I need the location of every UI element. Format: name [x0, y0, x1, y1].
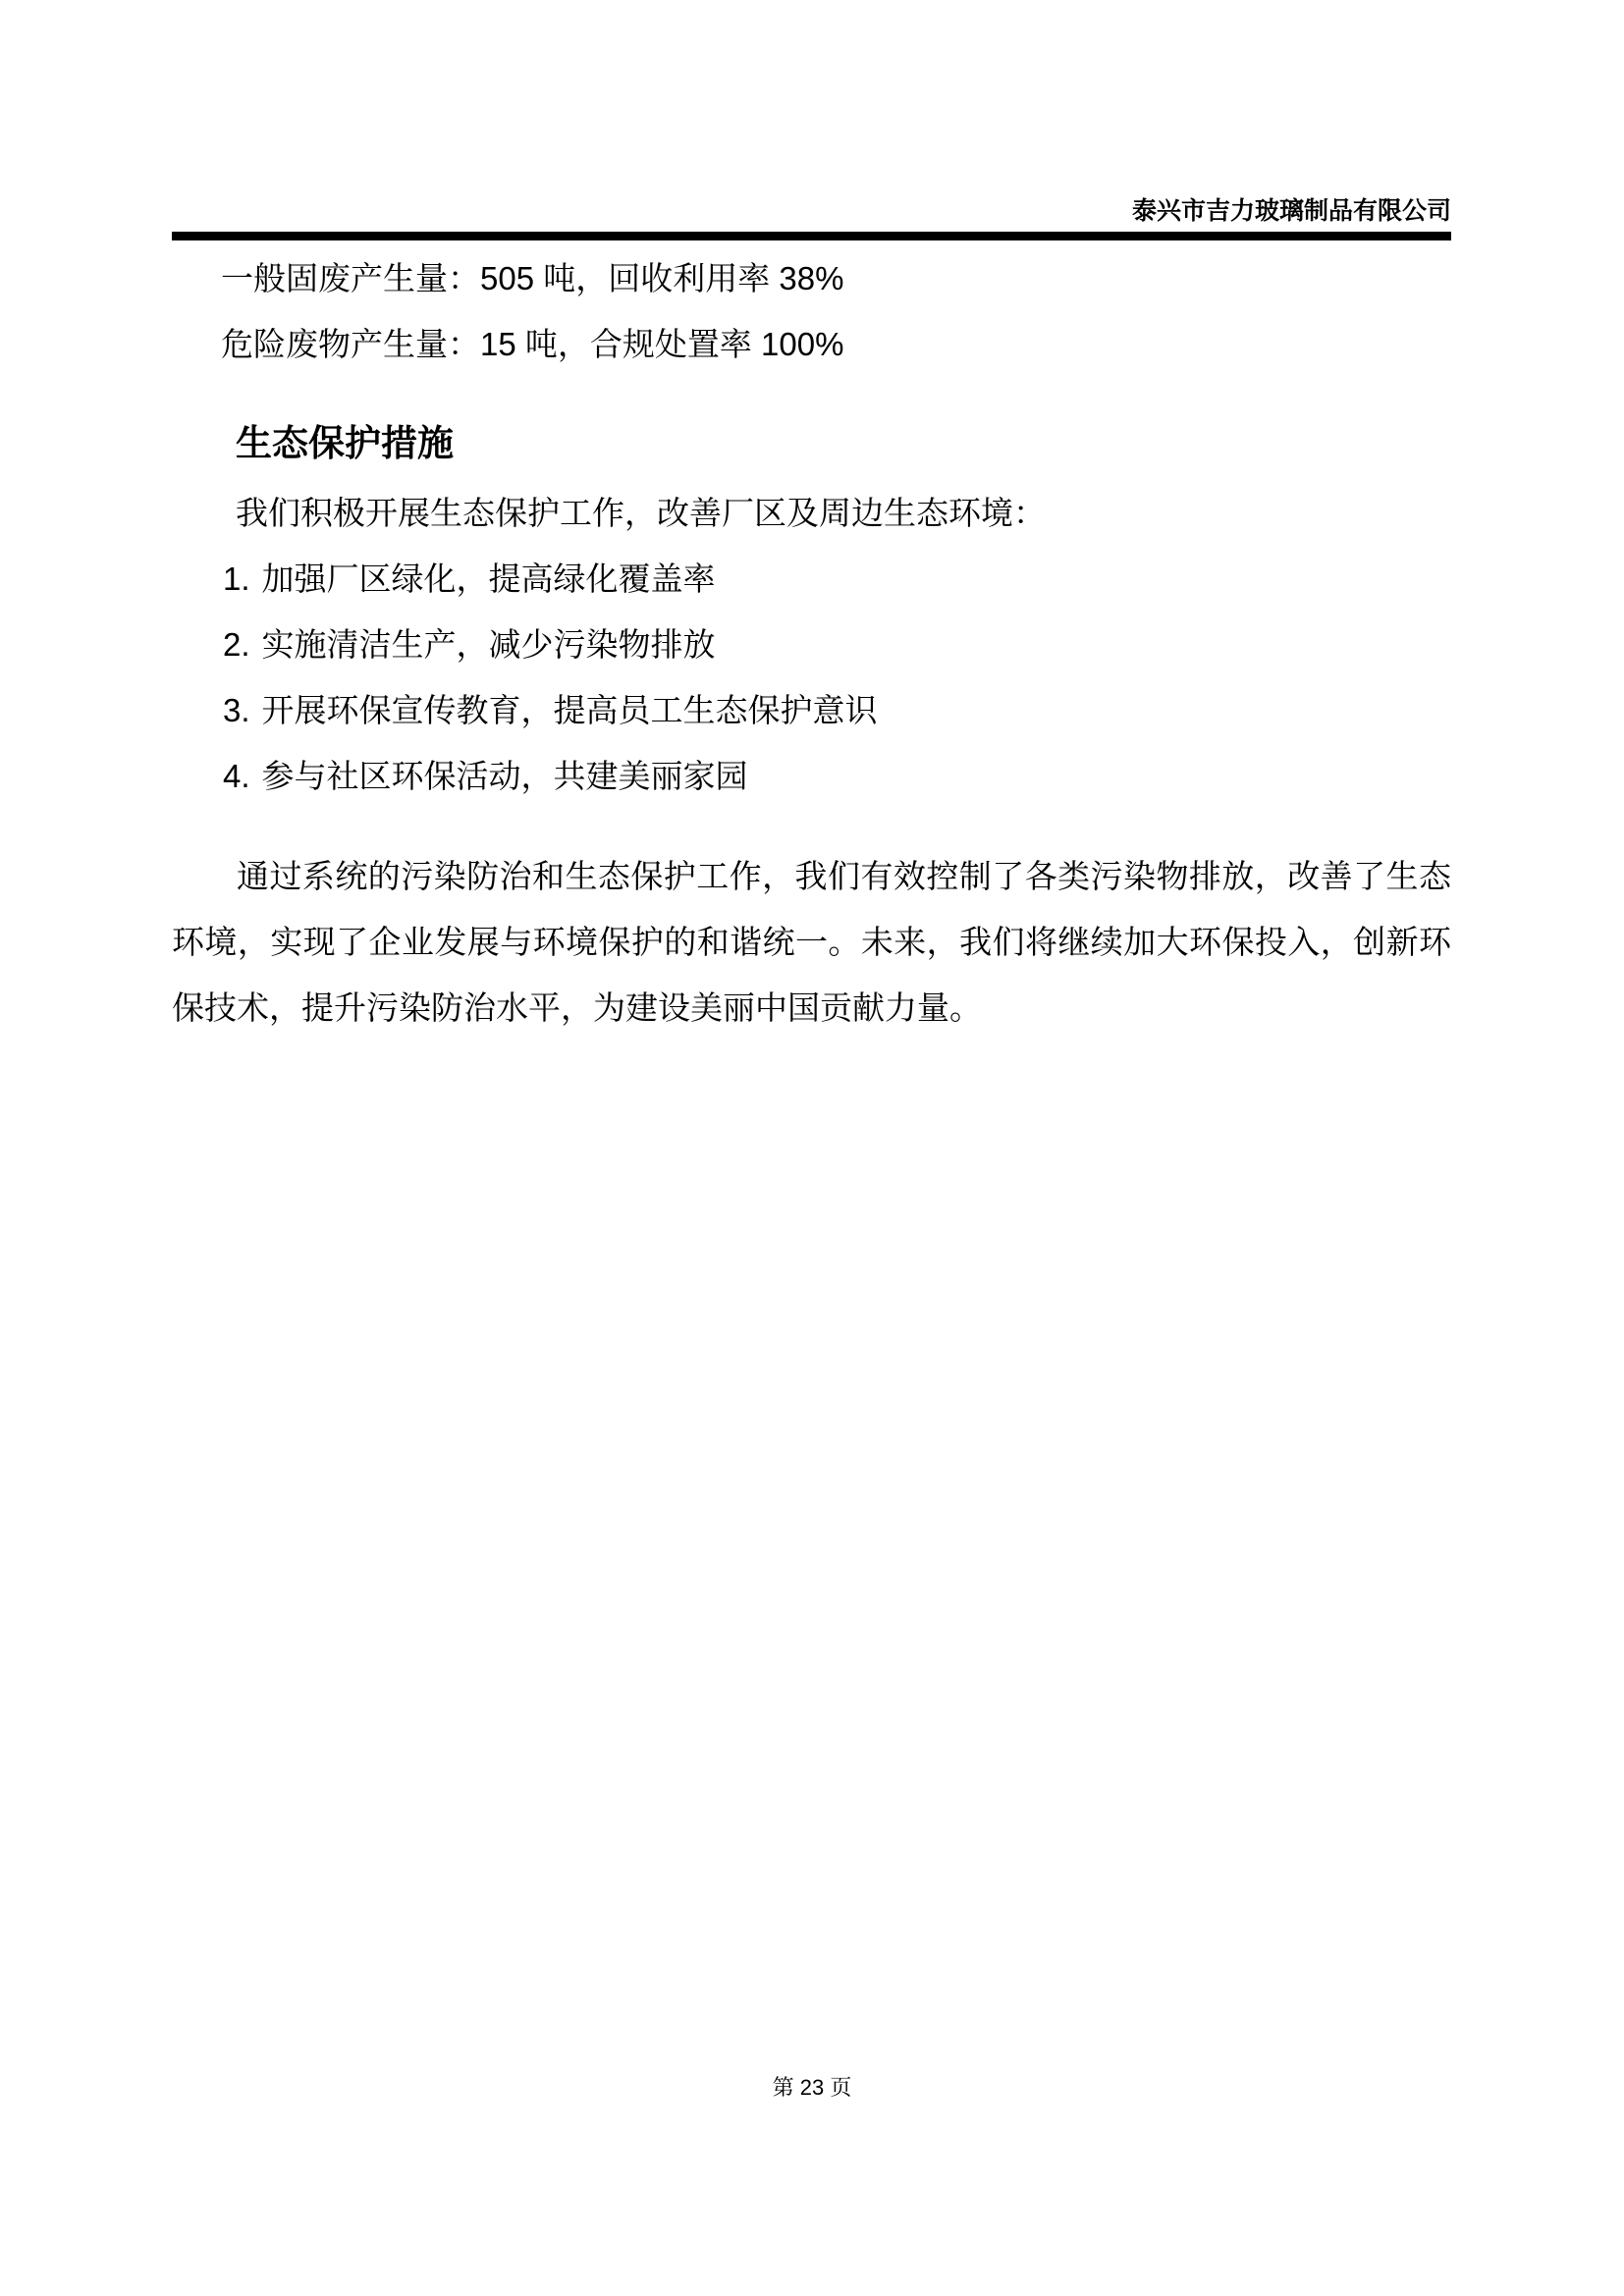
list-item-3-text: 开展环保宣传教育，提高员工生态保护意识	[262, 692, 878, 728]
list-item-2: 2.实施清洁生产，减少污染物排放	[223, 612, 1451, 677]
header-rule	[172, 232, 1451, 240]
closing-paragraph: 通过系统的污染防治和生态保护工作，我们有效控制了各类污染物排放，改善了生态环境，…	[172, 843, 1451, 1041]
section-intro: 我们积极开展生态保护工作，改善厂区及周边生态环境：	[236, 480, 1451, 546]
list-item-4: 4.参与社区环保活动，共建美丽家园	[223, 743, 1451, 809]
list-item-3: 3.开展环保宣传教育，提高员工生态保护意识	[223, 677, 1451, 743]
stat-line-hazardous-waste: 危险废物产生量：15 吨，合规处置率 100%	[221, 311, 1451, 377]
list-item-1: 1.加强厂区绿化，提高绿化覆盖率	[223, 546, 1451, 612]
document-page: 泰兴市吉力玻璃制品有限公司 一般固废产生量：505 吨，回收利用率 38% 危险…	[0, 0, 1624, 2296]
list-item-2-number: 2.	[223, 626, 250, 663]
section-heading: 生态保护措施	[236, 406, 1451, 480]
page-number: 第 23 页	[0, 2073, 1624, 2103]
stat-line-general-waste: 一般固废产生量：505 吨，回收利用率 38%	[221, 245, 1451, 311]
eco-measures-list: 1.加强厂区绿化，提高绿化覆盖率 2.实施清洁生产，减少污染物排放 3.开展环保…	[172, 546, 1451, 809]
list-item-4-text: 参与社区环保活动，共建美丽家园	[262, 758, 748, 794]
list-item-2-text: 实施清洁生产，减少污染物排放	[262, 626, 716, 663]
header-company-name: 泰兴市吉力玻璃制品有限公司	[1132, 194, 1451, 228]
list-item-1-number: 1.	[223, 561, 250, 597]
page-content: 一般固废产生量：505 吨，回收利用率 38% 危险废物产生量：15 吨，合规处…	[172, 245, 1451, 1073]
list-item-3-number: 3.	[223, 692, 250, 728]
list-item-4-number: 4.	[223, 758, 250, 794]
list-item-1-text: 加强厂区绿化，提高绿化覆盖率	[262, 561, 716, 597]
